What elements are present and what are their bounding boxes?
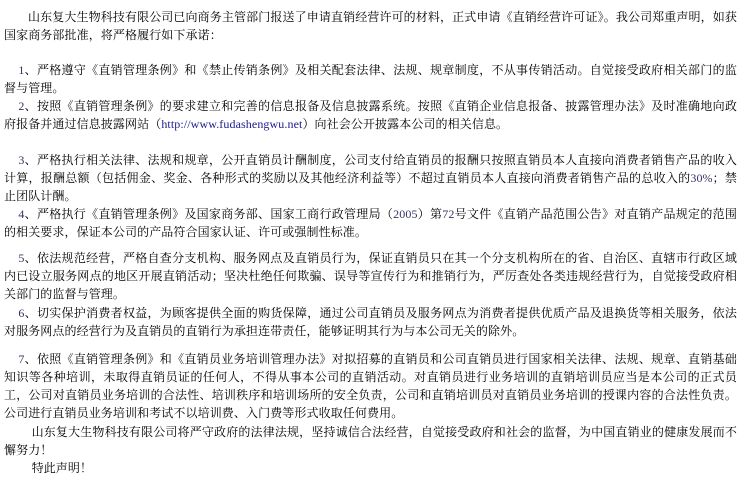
intro-paragraph: 山东复大生物科技有限公司已向商务主管部门报送了申请直销经营许可的材料，正式申请《… bbox=[4, 8, 737, 44]
item-text: 、严格遵守《直销管理条例》和《禁止传销条例》及相关配套法律、法规、规章制度，不从… bbox=[4, 63, 737, 95]
commitment-item-1: 1、严格遵守《直销管理条例》和《禁止传销条例》及相关配套法律、法规、规章制度，不… bbox=[4, 61, 737, 97]
commitment-item-3: 3、严格执行相关法律、法规和规章，公开直销员计酬制度，公司支付给直销员的报酬只按… bbox=[4, 151, 737, 205]
commission-cap-percent: 30% bbox=[690, 171, 712, 185]
commitment-item-2: 2、按照《直销管理条例》的要求建立和完善的信息报备及信息披露系统。按照《直销企业… bbox=[4, 97, 737, 133]
commitment-item-6: 6、切实保护消费者权益，为顾客提供全面的购货保障，通过公司直销员及服务网点为消费… bbox=[4, 304, 737, 340]
sign-off: 特此声明！ bbox=[4, 459, 737, 477]
closing-paragraph: 山东复大生物科技有限公司将严守政府的法律法规，坚持诚信合法经营，自觉接受政府和社… bbox=[4, 423, 737, 459]
commitment-item-5: 5、依法规范经营，严格自查分支机构、服务网点及直销员行为，保证直销员只在其一个分… bbox=[4, 249, 737, 303]
item-text: 、严格执行相关法律、法规和规章，公开直销员计酬制度，公司支付给直销员的报酬只按照… bbox=[4, 153, 737, 185]
disclosure-website-link[interactable]: http://www.fudashengwu.net bbox=[161, 117, 302, 131]
item-text: 、切实保护消费者权益，为顾客提供全面的购货保障，通过公司直销员及服务网点为消费者… bbox=[4, 306, 737, 338]
document-year: 2005 bbox=[393, 207, 417, 221]
item-text: 、依照《直销管理条例》和《直销员业务培训管理办法》对拟招募的直销员和公司直销员进… bbox=[4, 352, 737, 420]
item-text: 、严格执行《直销管理条例》及国家商务部、国家工商行政管理局（ bbox=[25, 207, 394, 221]
item-text: ）向社会公开披露本公司的相关信息。 bbox=[302, 117, 508, 131]
declaration-document: 山东复大生物科技有限公司已向商务主管部门报送了申请直销经营许可的材料，正式申请《… bbox=[0, 0, 741, 484]
item-text: 、依法规范经营，严格自查分支机构、服务网点及直销员行为，保证直销员只在其一个分支… bbox=[4, 251, 737, 301]
document-number: 72 bbox=[442, 207, 454, 221]
commitment-item-4: 4、严格执行《直销管理条例》及国家商务部、国家工商行政管理局（2005）第72号… bbox=[4, 205, 737, 241]
item-text: ）第 bbox=[418, 207, 443, 221]
commitment-item-7: 7、依照《直销管理条例》和《直销员业务培训管理办法》对拟招募的直销员和公司直销员… bbox=[4, 350, 737, 422]
